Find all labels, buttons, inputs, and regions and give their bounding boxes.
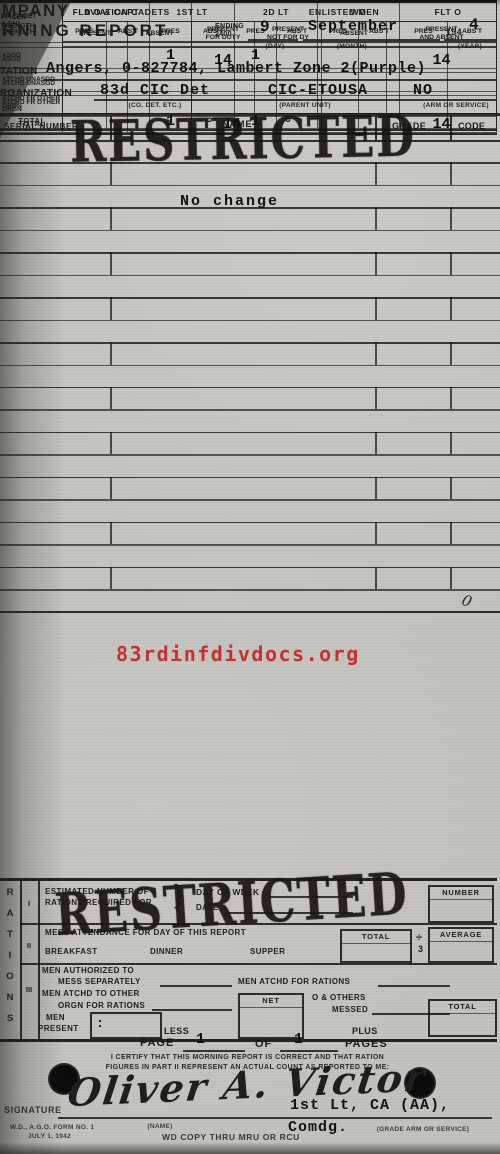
atchd-other-line [152, 1009, 232, 1011]
net-box-label: NET [240, 996, 302, 1008]
enlisted-cell-2-4 [322, 96, 387, 117]
name-caption: (NAME) [135, 1123, 185, 1130]
enlisted-row-3-label: TOTAL [0, 117, 63, 133]
rations-strip-div2 [38, 881, 40, 1039]
rations-vertical-letter-2: T [3, 929, 17, 940]
roster-divider-3-0 [110, 207, 112, 230]
roster-line-7 [0, 297, 500, 299]
atchd-for-rations-line [378, 985, 450, 987]
enlisted-cell-3-2: ° 14 [192, 117, 255, 133]
roster-divider-13-2 [450, 432, 452, 455]
present-label: PRESENT [38, 1024, 79, 1033]
roster-line-8 [0, 320, 500, 322]
enlisted-cell-2-5 [387, 96, 497, 117]
enlisted-cell-0-1 [128, 48, 192, 73]
mess-separately-line [160, 985, 232, 987]
enlisted-cell-3-1 [128, 117, 192, 133]
enlisted-cell-0-5: 14 [387, 48, 497, 73]
enlisted-cell-2-2 [192, 96, 255, 117]
men-label: MEN [46, 1013, 65, 1022]
form-id-line2: JULY 1, 1942 [28, 1133, 98, 1140]
roster-divider-17-0 [110, 522, 112, 545]
enlisted-group-0: AVIATION CADETS [63, 3, 192, 22]
average-box-label: AVERAGE [430, 930, 492, 942]
divide-three: 3 [418, 944, 423, 954]
enlisted-cell-1-3 [255, 73, 322, 96]
pages-label: PAGES [345, 1038, 388, 1050]
enlisted-subcol-1: ABSENT [128, 22, 192, 48]
roster-divider-3-2 [450, 207, 452, 230]
roster-divider-5-2 [450, 252, 452, 275]
mess-separately-line1: MEN AUTHORIZED TO [42, 966, 134, 975]
enlisted-corner-label: VN CADET & ENL TRENGTH [0, 3, 63, 48]
roster-line-10 [0, 365, 500, 367]
enlisted-cell-1-5 [387, 73, 497, 96]
others-messed-line2: MESSED [332, 1005, 368, 1014]
roster-line-11 [0, 387, 500, 389]
number-box-label: NUMBER [430, 888, 492, 900]
roster-line-19 [0, 567, 500, 569]
enlisted-cell-1-2 [192, 73, 255, 96]
roster-line-12 [0, 409, 500, 411]
roster-line-18 [0, 544, 500, 546]
roster-line-2 [0, 185, 500, 187]
enlisted-group-1: ENLISTED MEN [192, 3, 497, 22]
men-present-colon: : [96, 1016, 105, 1031]
divide-sign: ÷ [416, 932, 422, 944]
roster-entry-no-change: No change [180, 193, 279, 210]
rations-part-marker-0: I [22, 899, 36, 908]
roster-divider-11-0 [110, 387, 112, 410]
roster-divider-7-2 [450, 297, 452, 320]
site-watermark: 83rdinfdivdocs.org [116, 642, 360, 666]
enlisted-cell-1-4 [322, 73, 387, 96]
signature-label: SIGNATURE [4, 1105, 62, 1115]
form-id-line1: W.D., A.G.O. FORM NO. 1 [10, 1124, 110, 1131]
atchd-other-line2: ORGN FOR RATIONS [58, 1001, 145, 1010]
dinner-label: DINNER [150, 947, 183, 956]
atchd-other-line1: MEN ATCHD TO OTHER [42, 989, 140, 998]
enlisted-cell-2-1 [128, 96, 192, 117]
rations-part-marker-2: III [22, 985, 36, 994]
roster-divider-15-2 [450, 477, 452, 500]
enlisted-row-1-label: ATCHD UNASGD [0, 73, 63, 96]
enlisted-subcol-5: PRESENT AND ABSENT [387, 22, 497, 48]
roster-divider-13-1 [375, 432, 377, 455]
enlisted-cell-0-0 [63, 48, 128, 73]
rations-total-box-label: TOTAL [430, 1002, 495, 1014]
roster-divider-9-1 [375, 342, 377, 365]
roster-line-6 [0, 275, 500, 277]
roster-line-14 [0, 454, 500, 456]
pages-value: 1 [294, 1031, 304, 1048]
mess-total-box: TOTAL [340, 929, 412, 963]
roster-line-5 [0, 252, 500, 254]
rations-vertical-letter-4: O [3, 971, 17, 982]
of-label: OF [255, 1038, 272, 1050]
roster-divider-19-2 [450, 567, 452, 590]
page-line [183, 1050, 245, 1052]
roster-divider-19-0 [110, 567, 112, 590]
enlisted-cell-3-0 [63, 117, 128, 133]
enlisted-cell-0-4 [322, 48, 387, 73]
page-label: PAGE [140, 1037, 174, 1049]
enlisted-cell-2-0 [63, 96, 128, 117]
others-messed-line1: O & OTHERS [312, 993, 366, 1002]
rations-row-div2 [20, 963, 497, 965]
enlisted-cell-3-5: 14 [387, 117, 497, 133]
atchd-for-rations-label: MEN ATCHD FOR RATIONS [238, 977, 350, 986]
roster-divider-3-1 [375, 207, 377, 230]
roster-divider-7-0 [110, 297, 112, 320]
roster-divider-17-2 [450, 522, 452, 545]
mess-separately-line2: MESS SEPARATELY [58, 977, 141, 986]
roster-line-4 [0, 230, 500, 232]
rations-vertical-letter-0: R [3, 887, 17, 898]
roster-divider-13-0 [110, 432, 112, 455]
average-box: AVERAGE [428, 927, 494, 963]
roster-divider-5-1 [375, 252, 377, 275]
rations-vertical-letter-5: N [3, 992, 17, 1003]
roster-divider-7-1 [375, 297, 377, 320]
roster-line-20 [0, 589, 500, 591]
roster-divider-9-0 [110, 342, 112, 365]
section-rule-1 [0, 611, 500, 613]
roster-line-13 [0, 432, 500, 434]
roster-line-15 [0, 477, 500, 479]
enlisted-cell-2-3 [255, 96, 322, 117]
enlisted-row-2-label: ATCHD FR OTHER ORGN [0, 96, 63, 117]
men-present-box: : [90, 1012, 162, 1039]
roster-divider-17-1 [375, 522, 377, 545]
roster-divider-11-1 [375, 387, 377, 410]
enlisted-cell-0-2: 14 [192, 48, 255, 73]
enlisted-cell-0-3 [255, 48, 322, 73]
mess-total-box-label: TOTAL [342, 932, 410, 944]
enlisted-cell-3-4 [322, 117, 387, 133]
enlisted-cell-3-3: ° [255, 117, 322, 133]
enlisted-subcol-4: ABSENT [322, 22, 387, 48]
rations-vertical-letter-6: S [3, 1013, 17, 1024]
roster-divider-5-0 [110, 252, 112, 275]
page-value: 1 [196, 1031, 206, 1048]
pages-line [280, 1050, 338, 1052]
grade-caption: (GRADE ARM OR SERVICE) [358, 1126, 488, 1133]
rations-vertical-letter-3: I [3, 950, 17, 961]
roster-line-16 [0, 499, 500, 501]
rations-vertical-letter-1: A [3, 908, 17, 919]
signer-grade: 1st Lt, CA (AA), [290, 1097, 450, 1114]
roster-divider-15-1 [375, 477, 377, 500]
rations-part-marker-1: II [22, 941, 36, 950]
plus-label: PLUS [352, 1026, 378, 1036]
roster-divider-1-2 [450, 162, 452, 185]
roster-divider-11-2 [450, 387, 452, 410]
morning-report-scan: MPANY RNING REPORT ENDING 2400 9 Septemb… [0, 0, 500, 1154]
enlisted-subcol-2: PRESENT FOR DUTY [192, 22, 255, 48]
signature-line [58, 1117, 492, 1119]
rations-total-box: TOTAL [428, 999, 497, 1037]
supper-label: SUPPER [250, 947, 285, 956]
roster-divider-19-1 [375, 567, 377, 590]
roster-divider-9-2 [450, 342, 452, 365]
roster-line-17 [0, 522, 500, 524]
enlisted-cell-1-0 [63, 73, 128, 96]
number-box: NUMBER [428, 885, 494, 923]
enlisted-cell-1-1 [128, 73, 192, 96]
less-label: LESS [164, 1026, 189, 1036]
roster-line-9 [0, 342, 500, 344]
enlisted-subcol-0: PRESENT [63, 22, 128, 48]
wd-copy-note: WD COPY THRU MRU OR RCU [162, 1132, 300, 1142]
enlisted-strength-table: VN CADET & ENL TRENGTHAVIATION CADETSENL… [0, 0, 497, 135]
enlisted-subcol-3: PRESENT NOT FOR DY [255, 22, 322, 48]
enlisted-row-0-label: ASGD [0, 48, 63, 73]
roster-divider-15-0 [110, 477, 112, 500]
